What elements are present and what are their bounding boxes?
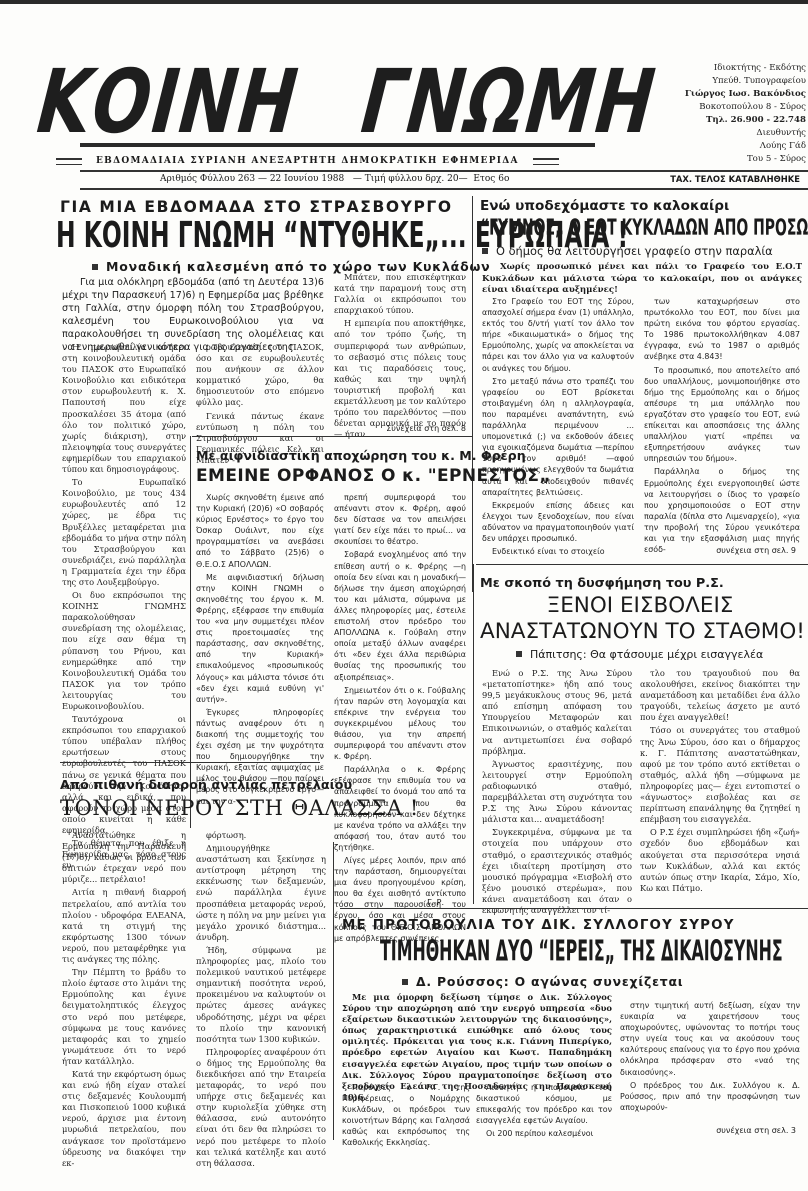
section-divider [60,762,320,763]
article-kicker: Ενώ υποδεχόμαστε το καλοκαίρι [480,198,729,214]
article-kicker: Με σκοπό τη δυσφήμηση του Ρ.Σ. [480,576,724,591]
article-deck: Πάπιτσης: Θα φτάσουμε μέχρι εισαγγελέα [516,648,763,661]
paragraph: Άγνωστος ερασιτέχνης, που λειτουργεί στη… [482,759,632,826]
masthead-underline [80,143,595,147]
paragraph: Αναστατώθηκε η Ερμούπολη την Παρασκευή (… [62,830,186,885]
paragraph: τλο του τραγουδιού που θα ακολουθήσει, ε… [640,668,800,723]
section-divider [476,564,808,565]
article-headline: ΑΝΑΣΤΑΤΩΝΟΥΝ ΤΟ ΣΤΑΘΜΟ! [480,620,800,644]
publisher-line: Λούης Γάδ [628,140,806,153]
paragraph: Παράλληλα ο δήμος της Ερμούπολης έχει εν… [644,466,800,555]
article-headline: ΤΟΝΟΙ ΝΕΡΟΥ ΣΤΗ ΘΑΛΑΣΣΑ ! [60,796,419,820]
deck-text: Ο δήμος θα λειτουργήσει γραφείο στην παρ… [496,244,773,258]
deck-text: Πάπιτσης: Θα φτάσουμε μέχρι εισαγγελέα [530,648,763,661]
bullet-square-icon [482,248,488,254]
publisher-line: Τηλ. 26.900 - 22.748 [628,114,806,127]
scan-top-edge [0,0,808,4]
article-column: στην τιμητική αυτή δεξίωση, είχαν την ευ… [620,1000,800,1115]
publisher-line: Διευθυντής [628,127,806,140]
paragraph: Το Ευρωπαϊκό Κοινοβούλιο, με τους 434 ευ… [62,477,186,588]
article-column: Αναστατώθηκε η Ερμούπολη την Παρασκευή (… [62,830,186,1171]
column-divider [472,196,473,592]
publisher-line: Γιώργος Ιωσ. Βακόνδιος [628,88,806,101]
issue-price: — Τιμή φύλλου δρχ. 20— [353,174,468,184]
masthead-title-word-2: ΓΝΩΜΗ [352,62,606,142]
issue-number: Αριθμός Φύλλου 263 [160,174,255,184]
paragraph: Παρόντες ο Γ.Γ. της Περιφέρειας, ο Νομάρ… [342,1082,470,1149]
article-column: Η πρωτοβουλία ανήκει στη κοινοβουλευτική… [62,342,186,873]
paragraph: Σοβαρά ενοχλημένος από την επίθεση αυτή … [334,549,466,682]
publisher-line: Βοκοτοπούλου 8 - Σύρος [628,101,806,114]
masthead-title-word-1: ΚΟΙΝΗ [28,62,329,142]
paragraph: Στο μεταξύ πάνω στο τραπέζι του γραφείου… [482,376,634,498]
column-divider [333,842,334,1140]
article-kicker: Από πιθανή διαρροή αντλίας πετρελαίου [60,778,352,793]
paragraph: Ενώ ο Ρ.Σ. της Άνω Σύρου «μετατοπίστηκε»… [482,668,632,757]
publisher-line: Ιδιοκτήτης - Εκδότης [628,62,806,75]
paragraph: Η εμπειρία που αποκτήθηκε, από τον τρόπο… [334,318,466,440]
article-column: πρεπή συμπεριφορά του απέναντι στον κ. Φ… [334,492,466,946]
issue-year: Ετος 6ο [473,174,509,184]
issue-info-line: Αριθμός Φύλλου 263 — 22 Ιουνίου 1988 — Τ… [160,174,800,184]
bullet-square-icon [516,651,522,657]
paragraph: ρωβουλευτές του ΠΑΣΟΚ, όσο και σε ευρωβο… [196,342,324,409]
section-divider [192,436,472,437]
article-signature: Γ. Ρ. [334,898,444,907]
paragraph: Εκκρεμούν επίσης άδειες και έλεγχοι των … [482,500,634,544]
paragraph: Οι 200 περίπου καλεσμένοι [476,1128,612,1139]
paragraph: στην τιμητική αυτή δεξίωση, είχαν την ευ… [620,1000,800,1078]
bullet-square-icon [402,979,408,985]
deck-text: Δ. Ρούσσος: Ο αγώνας συνεχίζεται [416,974,683,989]
paragraph: πρεπή συμπεριφορά του απέναντι στον κ. Φ… [334,492,466,547]
article-headline: ΞΕΝΟΙ ΕΙΣΒΟΛΕΙΣ [480,594,800,618]
article-column: Αισθητή η παρουσία του δικαστικού κόσμου… [476,1082,612,1141]
article-lead: Χωρίς προσωπικό μένει και πάλι το Γραφεί… [482,262,802,297]
article-column: Ενώ ο Ρ.Σ. της Άνω Σύρου «μετατοπίστηκε»… [482,668,632,918]
paragraph: Δημιουργήθηκε αναστάτωση και ξεκίνησε η … [196,843,326,943]
postage-paid: ΤΑΧ. ΤΕΛΟΣ ΚΑΤΑΒΛΗΘΗΚΕ [670,174,800,184]
paragraph: Ήδη, σύμφωνα με πληροφορίες μας, πλοίο τ… [196,945,326,1045]
paragraph: Την Πέμπτη το βράδυ το πλοίο έφτασε στο … [62,967,186,1067]
continued-note: Συνέχεια στη σελ. 8 [334,424,466,433]
paragraph: Το προσωπικό, που αποτελείτο από δυο υπα… [644,365,800,465]
paragraph: Τόσο οι συνεργάτες του σταθμού της Άνω Σ… [640,725,800,825]
column-divider [473,564,474,904]
paragraph: Ο Ρ.Σ έχει συμπληρώσει ήδη «ζωή» σχεδόν … [640,827,800,894]
article-headline: ΤΙΜΗΘΗΚΑΝ ΔΥΟ “ΙΕΡΕΙΣ„ ΤΗΣ ΔΙΚΑΙΟΣΥΝΗΣ [380,936,783,970]
paragraph: Στο Γραφείο του ΕΟΤ της Σύρου, απασχολεί… [482,296,634,374]
continued-note: συνέχεια στη σελ. 9 [644,546,796,555]
paragraph: Μπάτεν, που επισκέφτηκαν κατά την παραμο… [334,272,466,316]
divider [80,188,808,190]
publisher-line: Του 5 - Σύρος [628,153,806,166]
ornament-rule [56,158,82,165]
bullet-square-icon [92,264,98,270]
paragraph: Οι δυο εκπρόσωποι της ΚΟΙΝΗΣ ΓΝΩΜΗΣ παρα… [62,590,186,712]
tagline-text: ΕΒΔΟΜΑΔΙΑΙΑ ΣΥΡΙΑΝΗ ΑΝΕΞΑΡΤΗΤΗ ΔΗΜΟΚΡΑΤΙ… [96,156,519,166]
issue-date: — 22 Ιουνίου 1988 [258,174,344,184]
section-divider [340,908,808,909]
paragraph: Ενδεικτικό είναι το στοιχείο [482,546,634,557]
article-column: των καταχωρήσεων στο πρωτόκολλο του ΕΟΤ,… [644,296,800,557]
paragraph: Με αιφνιδιαστική δήλωση στην ΚΟΙΝΗ ΓΝΩΜΗ… [196,572,324,705]
article-column: φόρτωση. Δημιουργήθηκε αναστάτωση και ξε… [196,830,326,1171]
paragraph: Ο πρόεδρος του Δικ. Συλλόγου κ. Δ. Ρούσσ… [620,1080,800,1113]
paragraph: Η πρωτοβουλία ανήκει στη κοινοβουλευτική… [62,342,186,475]
continued-note: συνέχεια στη σελ. 3 [620,1126,796,1135]
article-column: τλο του τραγουδιού που θα ακολουθήσει, ε… [640,668,800,896]
publisher-info: Ιδιοκτήτης - Εκδότης Υπεύθ. Τυπογραφείου… [628,62,806,166]
paragraph: των καταχωρήσεων στο πρωτόκολλο του ΕΟΤ,… [644,296,800,363]
paragraph: Χωρίς σκηνοθέτη έμεινε από την Κυριακή (… [196,492,324,570]
article-kicker: ΜΕ ΠΡΩΤΟΒΟΥΛΙΑ ΤΟΥ ΔΙΚ. ΣΥΛΛΟΓΟΥ ΣΥΡΟΥ [342,918,735,933]
paragraph: Αιτία η πιθανή διαρροή πετρελαίου, από α… [62,887,186,965]
article-column: Παρόντες ο Γ.Γ. της Περιφέρειας, ο Νομάρ… [342,1082,470,1151]
article-deck: Δ. Ρούσσος: Ο αγώνας συνεχίζεται [402,974,683,989]
article-column: Στο Γραφείο του ΕΟΤ της Σύρου, απασχολεί… [482,296,634,559]
paragraph: Συγκεκριμένα, σύμφωνα με τα στοιχεία που… [482,827,632,916]
article-column: Μπάτεν, που επισκέφτηκαν κατά την παραμο… [334,272,466,442]
article-kicker: ΓΙΑ ΜΙΑ ΕΒΔΟΜΑΔΑ ΣΤΟ ΣΤΡΑΣΒΟΥΡΓΟ [60,198,453,216]
paragraph: Κατά την εκφόρτωση όμως και ενώ ήδη είχα… [62,1069,186,1169]
column-divider [190,436,191,828]
tagline: ΕΒΔΟΜΑΔΙΑΙΑ ΣΥΡΙΑΝΗ ΑΝΕΞΑΡΤΗΤΗ ΔΗΜΟΚΡΑΤΙ… [56,156,616,166]
ornament-rule [533,158,559,165]
divider [80,170,808,172]
article-headline: “ΓΥΜΝΟΣ„ Ο ΕΟΤ ΚΥΚΛΑΔΩΝ ΑΠΟ ΠΡΟΣΩΠΙΚΟ ! [480,214,808,243]
article-deck: Ο δήμος θα λειτουργήσει γραφείο στην παρ… [482,244,773,258]
publisher-line: Υπεύθ. Τυπογραφείου [628,75,806,88]
article-kicker: Με αιφνιδιαστική αποχώρηση του κ. Μ. Φρέ… [196,448,526,463]
paragraph: Πληροφορίες αναφέρουν ότι ο δήμος της Ερ… [196,1047,326,1169]
paragraph: Αισθητή η παρουσία του δικαστικού κόσμου… [476,1082,612,1126]
paragraph: Σημειωτέον ότι ο κ. Γούβαλης ήταν παρών … [334,685,466,763]
paragraph: φόρτωση. [196,830,326,841]
